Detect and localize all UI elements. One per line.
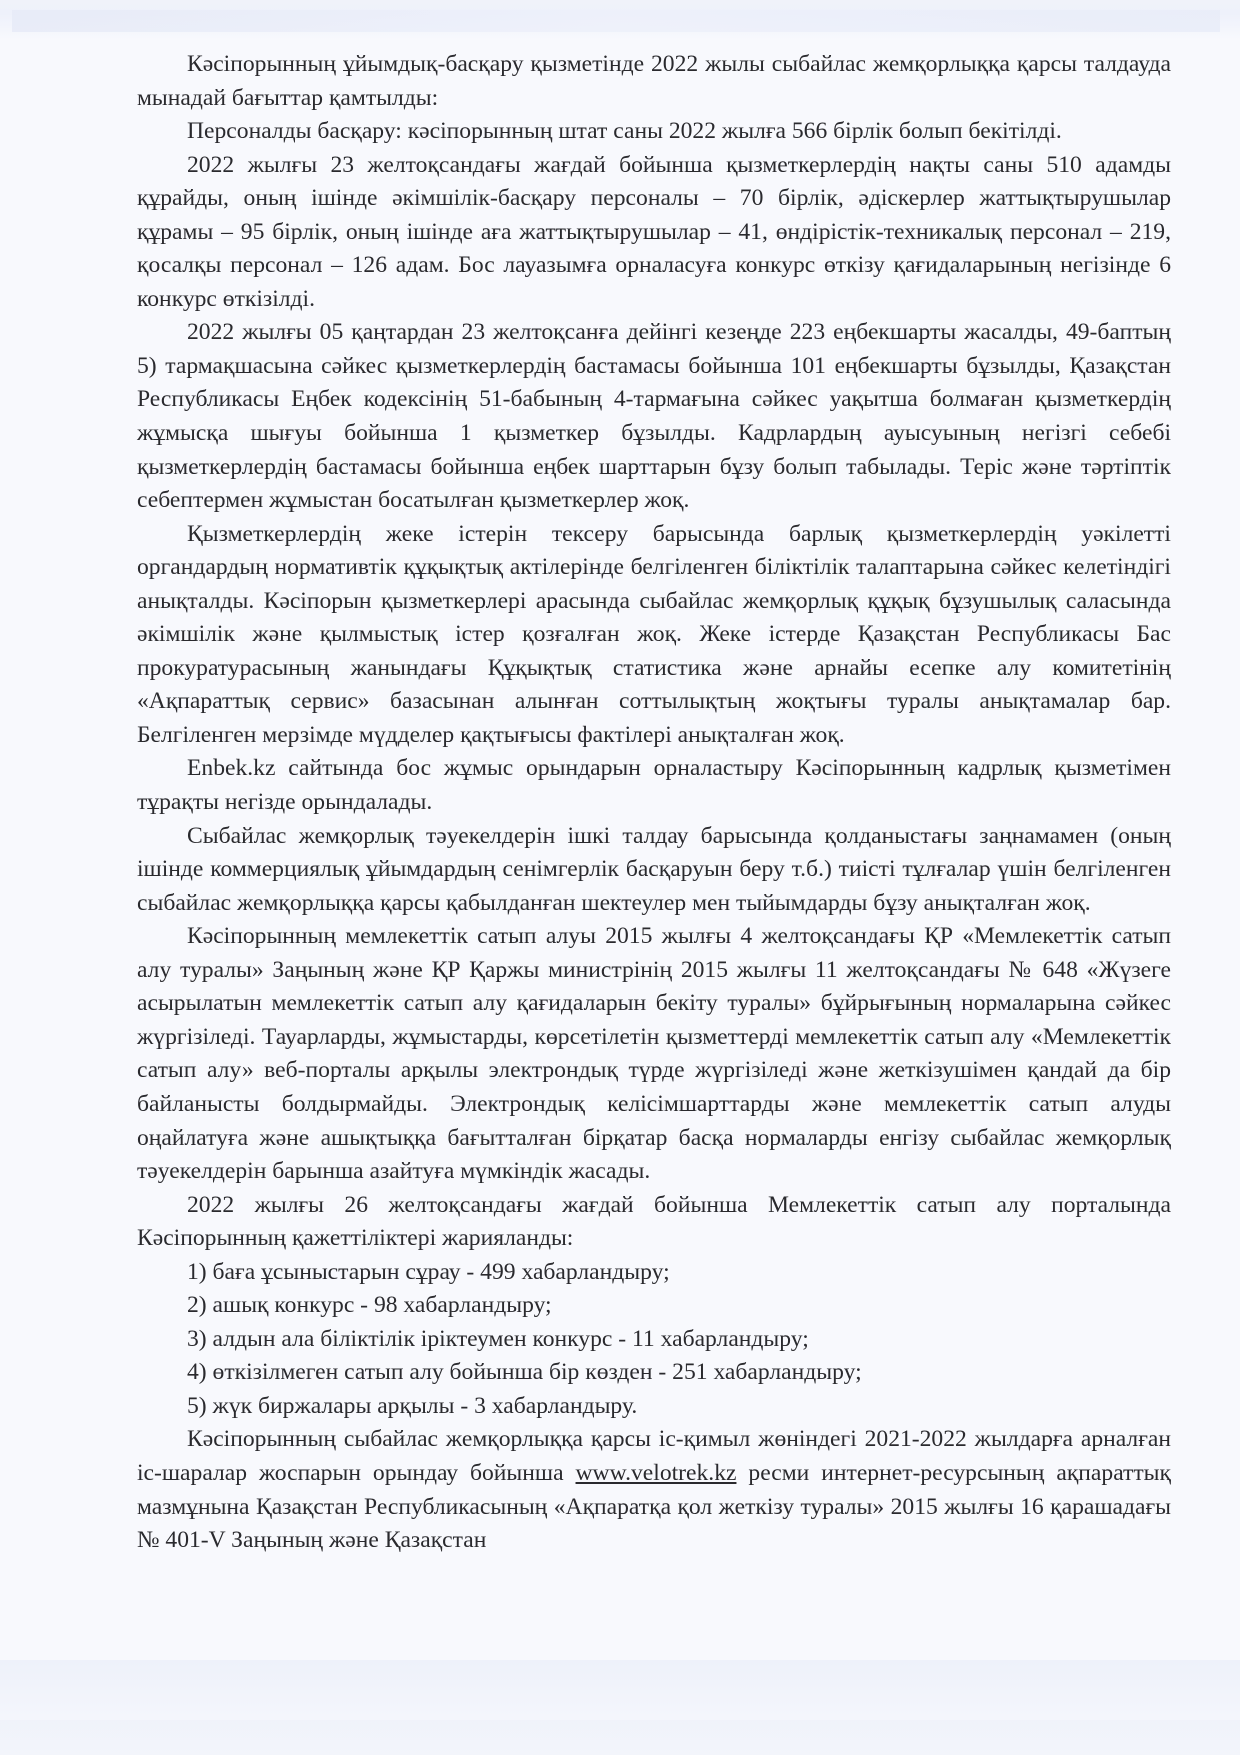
scan-artifact-top	[12, 10, 1220, 32]
paragraph-staff-count: Персоналды басқару: кәсіпорынның штат са…	[137, 115, 1171, 149]
paragraph-procurement: Кәсіпорынның мемлекеттік сатып алуы 2015…	[137, 920, 1171, 1188]
paragraph-action-plan: Кәсіпорынның сыбайлас жемқорлыққа қарсы …	[137, 1423, 1171, 1557]
list-item: 2) ашық конкурс - 98 хабарландыру;	[187, 1289, 1171, 1323]
paragraph-personnel-files: Қызметкерлердің жеке істерін тексеру бар…	[137, 518, 1171, 753]
list-item: 1) баға ұсыныстарын сұрау - 499 хабарлан…	[187, 1256, 1171, 1290]
paragraph-enbek: Enbek.kz сайтында бос жұмыс орындарын ор…	[137, 752, 1171, 819]
paragraph-employee-breakdown: 2022 жылғы 23 желтоқсандағы жағдай бойын…	[137, 149, 1171, 317]
list-item: 4) өткізілмеген сатып алу бойынша бір кө…	[187, 1356, 1171, 1390]
paragraph-intro: Кәсіпорынның ұйымдық-басқару қызметінде …	[137, 48, 1171, 115]
scan-artifact-bottom	[0, 1660, 1240, 1720]
paragraph-risk-analysis: Сыбайлас жемқорлық тәуекелдерін ішкі тал…	[137, 820, 1171, 921]
scanned-page: Кәсіпорынның ұйымдық-басқару қызметінде …	[0, 0, 1240, 1755]
list-item: 5) жүк биржалары арқылы - 3 хабарландыру…	[187, 1390, 1171, 1424]
paragraph-portal-announcements: 2022 жылғы 26 желтоқсандағы жағдай бойын…	[137, 1189, 1171, 1256]
paragraph-contracts: 2022 жылғы 05 қаңтардан 23 желтоқсанға д…	[137, 316, 1171, 517]
list-item: 3) алдын ала біліктілік іріктеумен конку…	[187, 1323, 1171, 1357]
velotrek-link[interactable]: www.velotrek.kz	[576, 1460, 737, 1486]
announcements-list: 1) баға ұсыныстарын сұрау - 499 хабарлан…	[137, 1256, 1171, 1424]
document-body: Кәсіпорынның ұйымдық-басқару қызметінде …	[137, 48, 1171, 1558]
